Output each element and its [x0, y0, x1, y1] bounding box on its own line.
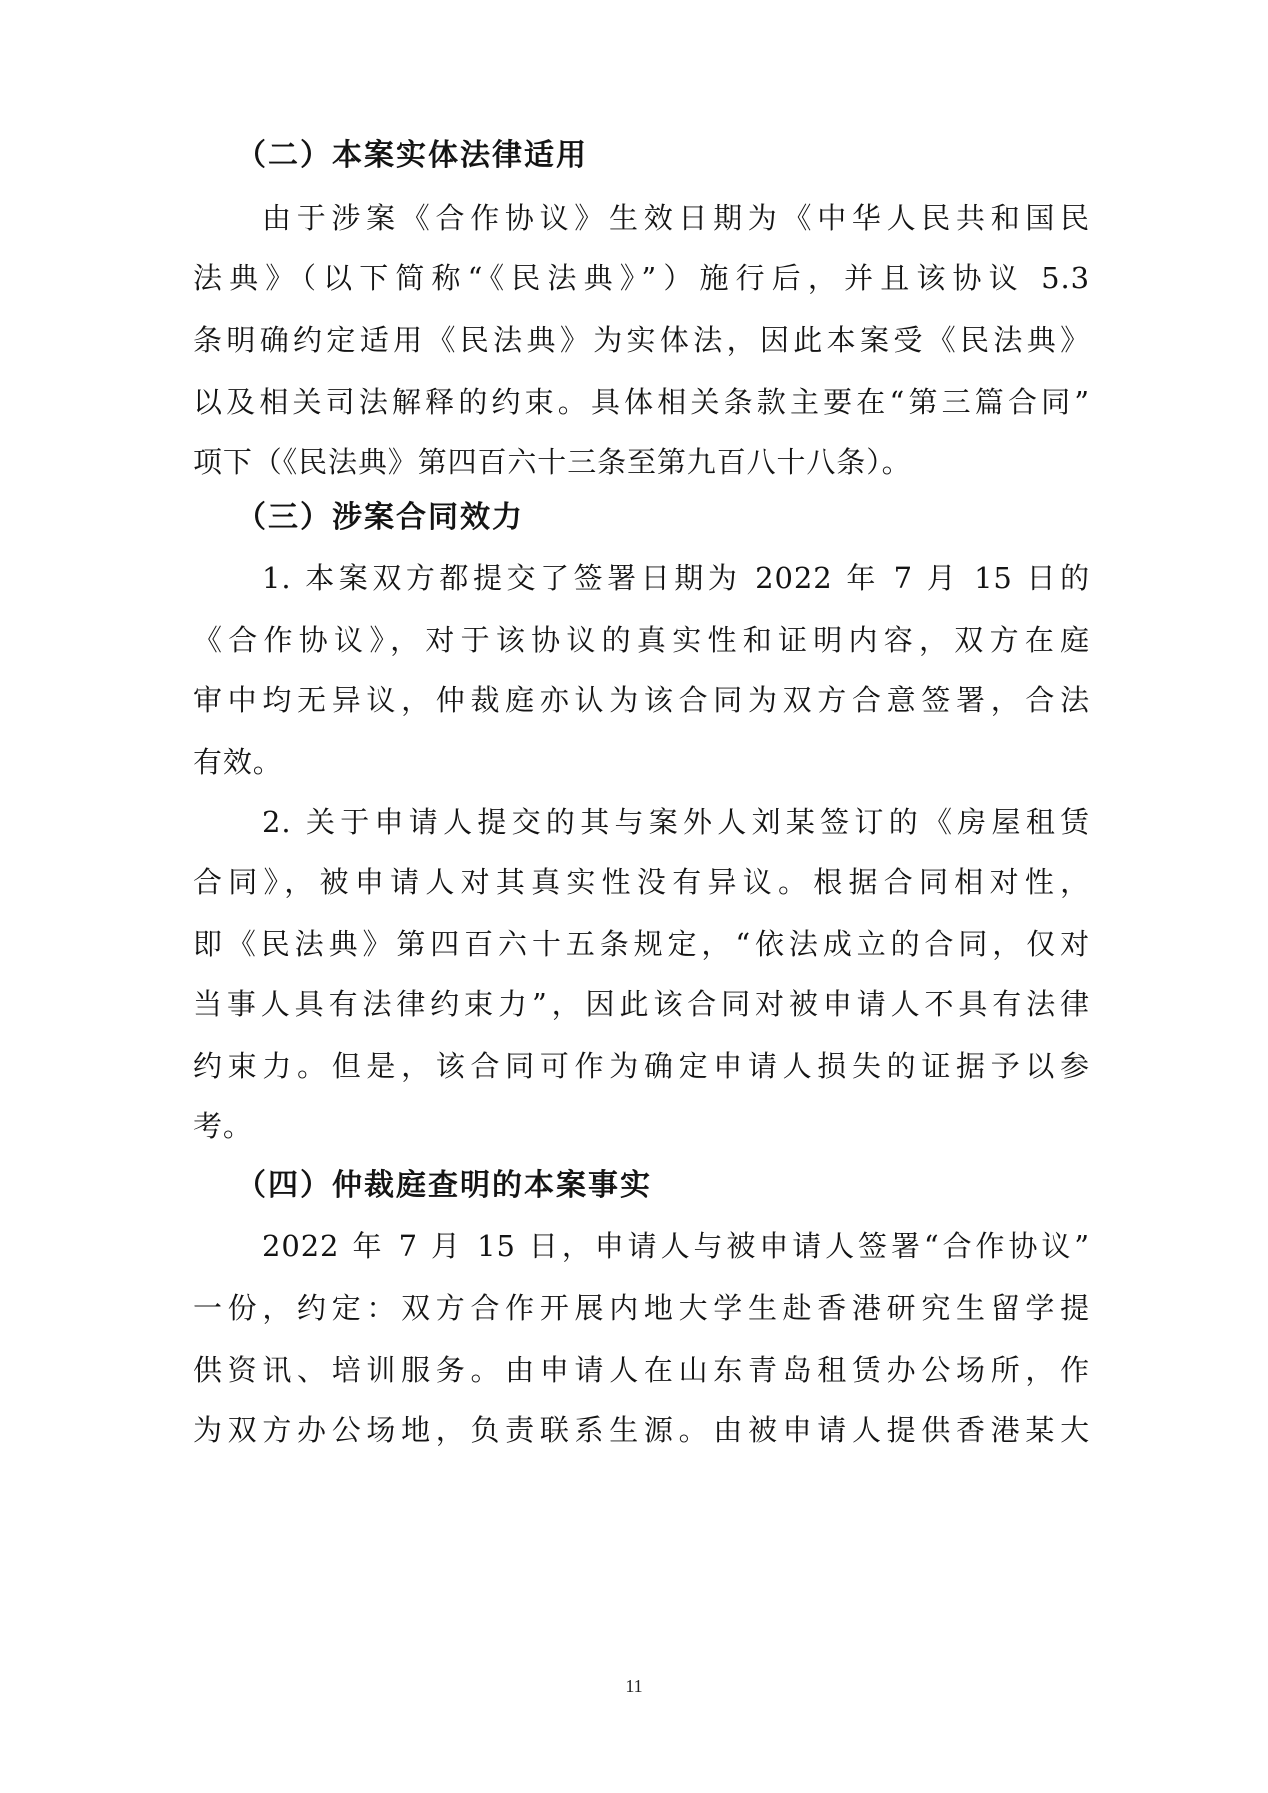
section-heading-applicable-law: （二）本案实体法律适用 — [236, 136, 588, 176]
paragraph-line: 法典》（以下简称“《民法典》”）施行后，并且该协议 5.3 — [193, 258, 1090, 298]
paragraph-line: 审中均无异议，仲裁庭亦认为该合同为双方合意签署，合法 — [193, 680, 1090, 720]
paragraph-line: 项下（《民法典》第四百六十三条至第九百八十八条）。 — [193, 442, 1090, 482]
paragraph-line: 《合作协议》，对于该协议的真实性和证明内容，双方在庭 — [193, 620, 1090, 660]
paragraph-line: 2022 年 7 月 15 日，申请人与被申请人签署“合作协议” — [262, 1226, 1090, 1266]
paragraph-line: 一份，约定：双方合作开展内地大学生赴香港研究生留学提 — [193, 1288, 1090, 1328]
paragraph-line: 合同》，被申请人对其真实性没有异议。根据合同相对性， — [193, 862, 1090, 902]
paragraph-line: 2. 关于申请人提交的其与案外人刘某签订的《房屋租赁 — [262, 802, 1090, 842]
paragraph-line: 供资讯、培训服务。由申请人在山东青岛租赁办公场所，作 — [193, 1350, 1090, 1390]
paragraph-line: 约束力。但是，该合同可作为确定申请人损失的证据予以参 — [193, 1046, 1090, 1086]
paragraph-line: 1. 本案双方都提交了签署日期为 2022 年 7 月 15 日的 — [262, 558, 1090, 598]
document-page: （二）本案实体法律适用 由于涉案《合作协议》生效日期为《中华人民共和国民 法典》… — [0, 0, 1268, 1793]
paragraph-line: 为双方办公场地，负责联系生源。由被申请人提供香港某大 — [193, 1410, 1090, 1450]
paragraph-line: 当事人具有法律约束力”，因此该合同对被申请人不具有法律 — [193, 984, 1090, 1024]
section-heading-contract-validity: （三）涉案合同效力 — [236, 498, 524, 538]
paragraph-line: 考。 — [193, 1106, 1090, 1146]
paragraph-line: 即《民法典》第四百六十五条规定，“依法成立的合同，仅对 — [193, 924, 1090, 964]
paragraph-line: 以及相关司法解释的约束。具体相关条款主要在“第三篇合同” — [193, 382, 1090, 422]
paragraph-line: 由于涉案《合作协议》生效日期为《中华人民共和国民 — [262, 198, 1090, 238]
section-heading-facts-found: （四）仲裁庭查明的本案事实 — [236, 1166, 652, 1206]
paragraph-line: 有效。 — [193, 742, 1090, 782]
page-number: 11 — [0, 1676, 1268, 1697]
paragraph-line: 条明确约定适用《民法典》为实体法，因此本案受《民法典》 — [193, 320, 1090, 360]
